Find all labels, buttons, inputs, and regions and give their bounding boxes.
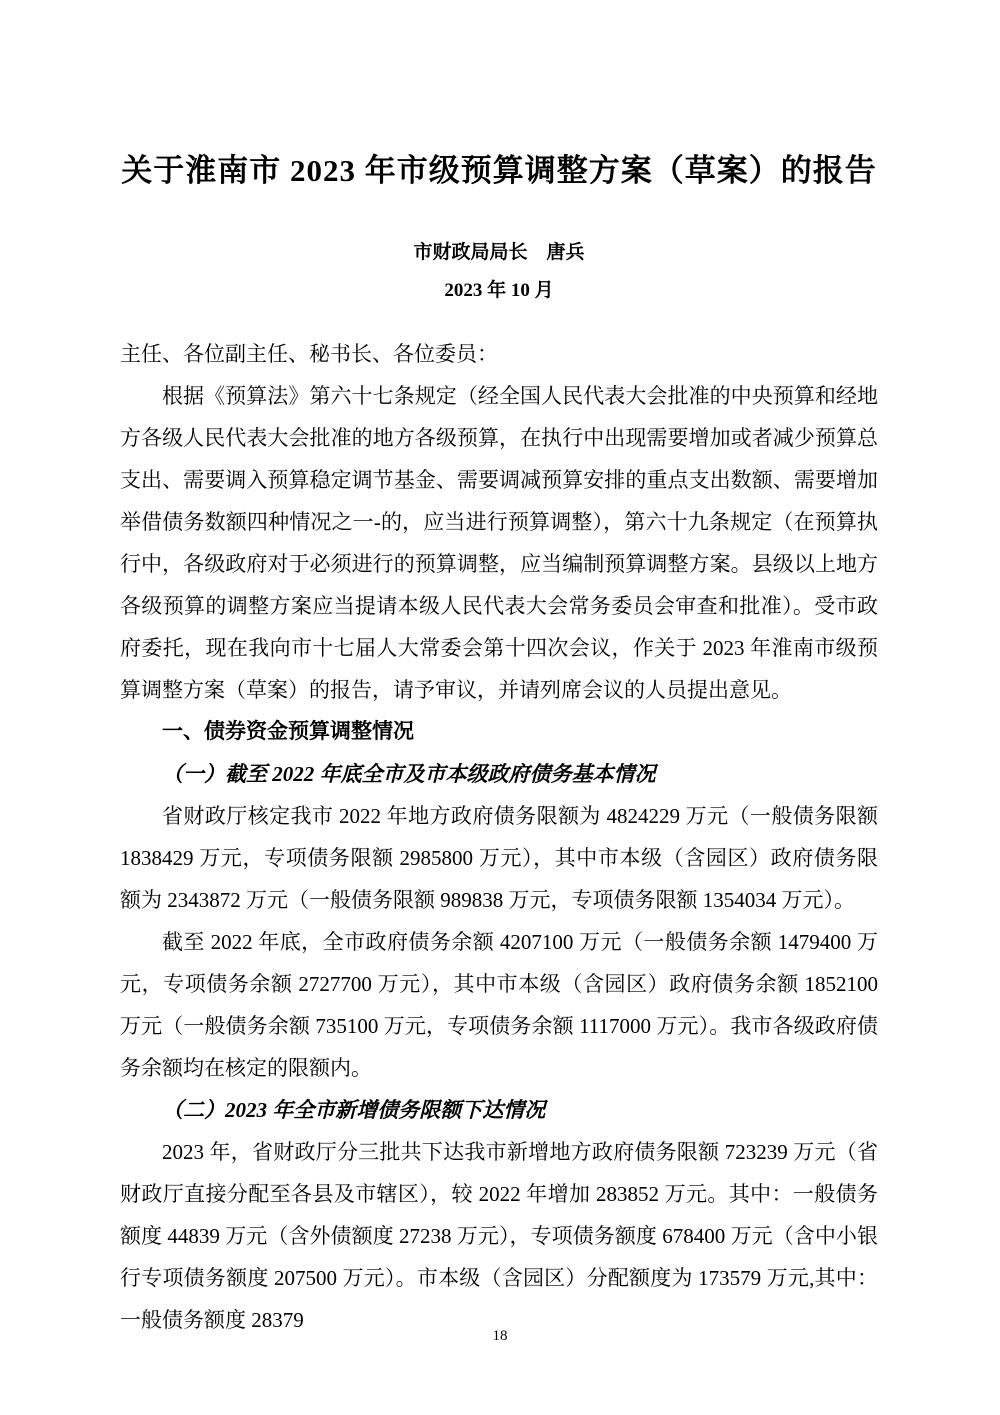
- document-page: 关于淮南市 2023 年市级预算调整方案（草案）的报告 市财政局局长 唐兵 20…: [0, 0, 1000, 1415]
- body-paragraph: 截至 2022 年底，全市政府债务余额 4207100 万元（一般债务余额 14…: [120, 921, 878, 1089]
- document-body: 主任、各位副主任、秘书长、各位委员： 根据《预算法》第六十七条规定（经全国人民代…: [120, 333, 878, 1341]
- body-paragraph: 省财政厅核定我市 2022 年地方政府债务限额为 4824229 万元（一般债务…: [120, 795, 878, 921]
- document-title: 关于淮南市 2023 年市级预算调整方案（草案）的报告: [120, 148, 878, 194]
- body-paragraph: 2023 年，省财政厅分三批共下达我市新增地方政府债务限额 723239 万元（…: [120, 1131, 878, 1341]
- author-line: 市财政局局长 唐兵: [120, 234, 878, 272]
- salutation-paragraph: 主任、各位副主任、秘书长、各位委员：: [120, 333, 878, 375]
- page-number: 18: [0, 1328, 1000, 1345]
- date-line: 2023 年 10 月: [120, 272, 878, 310]
- document-content: 关于淮南市 2023 年市级预算调整方案（草案）的报告 市财政局局长 唐兵 20…: [0, 0, 1000, 1341]
- section-heading-1: 一、债券资金预算调整情况: [120, 711, 878, 753]
- subsection-heading-1: （一）截至 2022 年底全市及市本级政府债务基本情况: [120, 753, 878, 795]
- body-paragraph: 根据《预算法》第六十七条规定（经全国人民代表大会批准的中央预算和经地方各级人民代…: [120, 375, 878, 711]
- subsection-heading-2: （二）2023 年全市新增债务限额下达情况: [120, 1089, 878, 1131]
